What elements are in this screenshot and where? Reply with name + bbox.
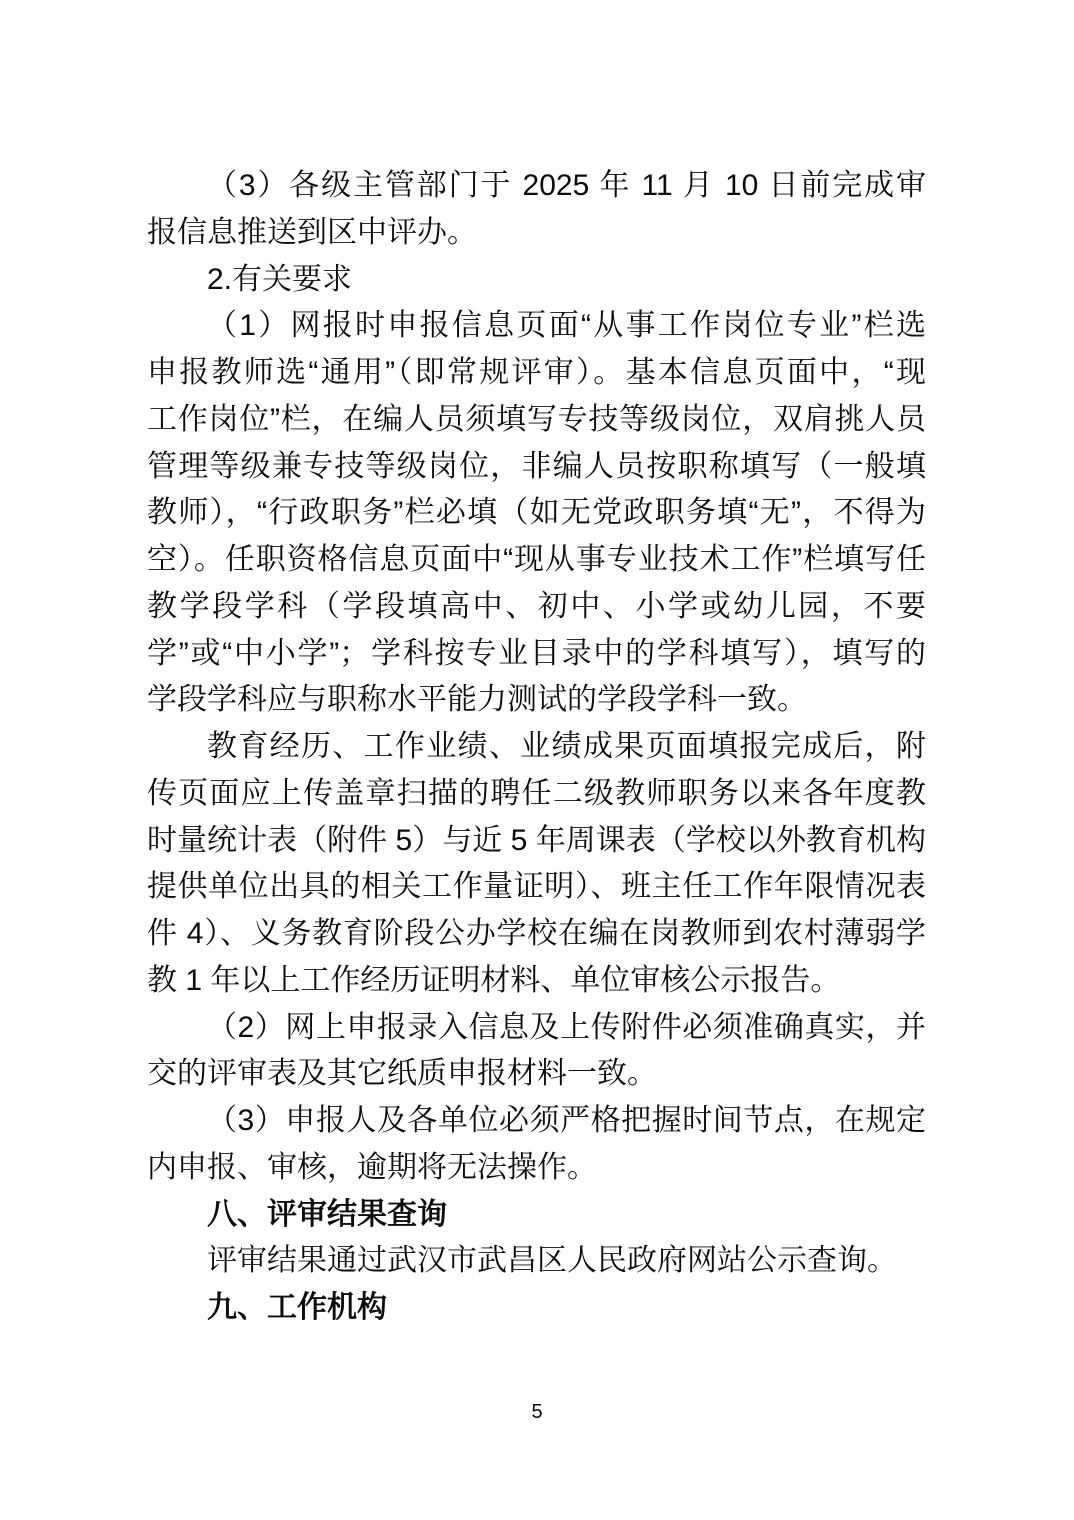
page-number: 5 — [531, 1401, 542, 1423]
text-line: 教育经历、工作业绩、业绩成果页面填报完成后，附件上 — [147, 724, 926, 771]
text-line: 评审结果通过武汉市武昌区人民政府网站公示查询。 — [147, 1238, 926, 1285]
text-line: 学段学科应与职称水平能力测试的学段学科一致。 — [147, 677, 926, 724]
section-heading: 八、评审结果查询 — [147, 1192, 926, 1239]
text-line: 空）。任职资格信息页面中“现从事专业技术工作”栏填写任 — [147, 537, 926, 584]
text-line: 教学段学科（学段填高中、初中、小学或幼儿园，不要写“中 — [147, 584, 926, 631]
text-line: 内申报、审核，逾期将无法操作。 — [147, 1145, 926, 1192]
text-line: 申报教师选“通用”（即常规评审）。基本信息页面中，“现 — [147, 350, 926, 397]
text-line: （2）网上申报录入信息及上传附件必须准确真实，并与提 — [147, 1005, 926, 1052]
text-line: 件 4）、义务教育阶段公办学校在编在岗教师到农村薄弱学校任 — [147, 911, 926, 958]
text-line: 时量统计表（附件 5）与近 5 年周课表（学校以外教育机构人员 — [147, 818, 926, 865]
text-line: 提供单位出具的相关工作量证明）、班主任工作年限情况表（附 — [147, 864, 926, 911]
text-line: 传页面应上传盖章扫描的聘任二级教师职务以来各年度教学课 — [147, 771, 926, 818]
text-line: 2.有关要求 — [147, 257, 926, 304]
text-line: 工作岗位”栏，在编人员须填写专技等级岗位，双肩挑人员填写 — [147, 397, 926, 444]
text-line: 学”或“中小学”；学科按专业目录中的学科填写），填写的 — [147, 631, 926, 678]
text-line: （1）网报时申报信息页面“从事工作岗位专业”栏选项， — [147, 303, 926, 350]
text-line: （3）申报人及各单位必须严格把握时间节点，在规定时间 — [147, 1098, 926, 1145]
document-body: （3）各级主管部门于 2025 年 11 月 10 日前完成审核，将网 报信息推… — [147, 163, 926, 1332]
text-line: 管理等级兼专技等级岗位，非编人员按职称填写（一般填写二级 — [147, 444, 926, 491]
text-line: 交的评审表及其它纸质申报材料一致。 — [147, 1051, 926, 1098]
text-line: 报信息推送到区中评办。 — [147, 210, 926, 257]
text-line: （3）各级主管部门于 2025 年 11 月 10 日前完成审核，将网 — [147, 163, 926, 210]
section-heading: 九、工作机构 — [147, 1285, 926, 1332]
text-line: 教 1 年以上工作经历证明材料、单位审核公示报告。 — [147, 958, 926, 1005]
page-footer: 5 — [0, 1398, 1074, 1426]
document-page: （3）各级主管部门于 2025 年 11 月 10 日前完成审核，将网 报信息推… — [0, 0, 1074, 1520]
text-line: 教师），“行政职务”栏必填（如无党政职务填“无”，不得为 — [147, 490, 926, 537]
